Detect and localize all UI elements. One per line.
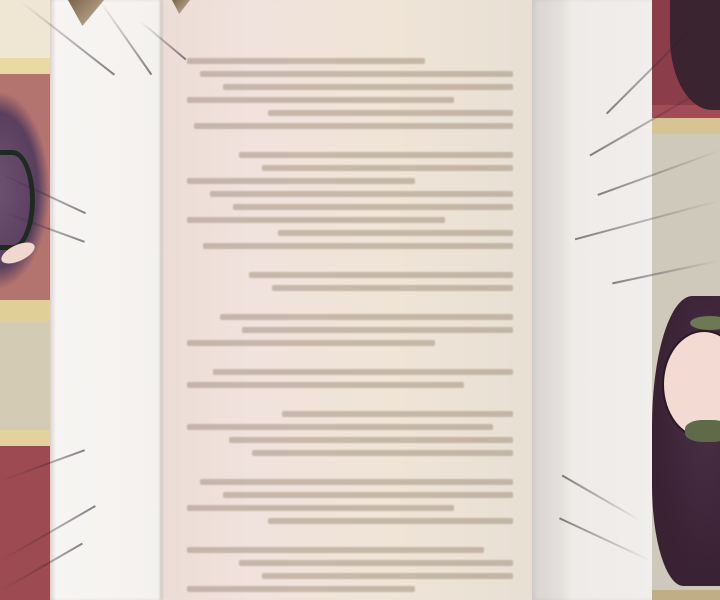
document-text-line	[269, 110, 514, 116]
right-character-scarf	[685, 420, 720, 442]
document-text-line	[187, 424, 493, 430]
document-text-line	[187, 58, 425, 64]
document-text-line	[187, 466, 425, 472]
document-text-line	[220, 314, 513, 320]
document-text-lines	[187, 8, 513, 592]
document-page	[160, 0, 537, 600]
document-text-line	[203, 243, 513, 249]
document-text-line	[187, 259, 474, 265]
document-text-line	[249, 272, 513, 278]
document-text-line	[190, 356, 513, 362]
document-text-line	[242, 327, 513, 333]
document-text-line	[187, 301, 503, 307]
document-text-line	[223, 492, 513, 498]
document-text-line	[262, 165, 513, 171]
document-text-line	[210, 191, 513, 197]
document-text-line	[200, 71, 513, 77]
document-text-line	[187, 505, 454, 511]
document-text-line	[229, 437, 513, 443]
document-text-line	[252, 450, 513, 456]
document-text-line	[187, 217, 445, 223]
document-text-line	[278, 230, 513, 236]
document-text-line	[194, 123, 513, 129]
left-white-page	[50, 0, 162, 600]
document-text-line	[194, 534, 513, 540]
document-text-line	[272, 285, 513, 291]
document-text-line	[187, 139, 484, 145]
document-text-line	[239, 560, 513, 566]
document-text-line	[282, 411, 513, 417]
document-text-line	[187, 178, 415, 184]
document-text-line	[269, 518, 514, 524]
page-corner-fold	[68, 0, 104, 26]
document-text-line	[223, 84, 513, 90]
comic-panel	[0, 0, 720, 600]
document-text-line	[239, 152, 513, 158]
document-text-line	[187, 547, 484, 553]
document-text-line	[213, 369, 513, 375]
document-text-line	[262, 573, 513, 579]
document-text-line	[187, 382, 464, 388]
document-text-line	[200, 479, 513, 485]
document-text-line	[187, 340, 435, 346]
document-text-line	[187, 586, 415, 592]
document-text-line	[187, 97, 454, 103]
document-text-line	[259, 398, 513, 404]
document-text-line	[233, 204, 513, 210]
right-white-page	[532, 0, 654, 600]
